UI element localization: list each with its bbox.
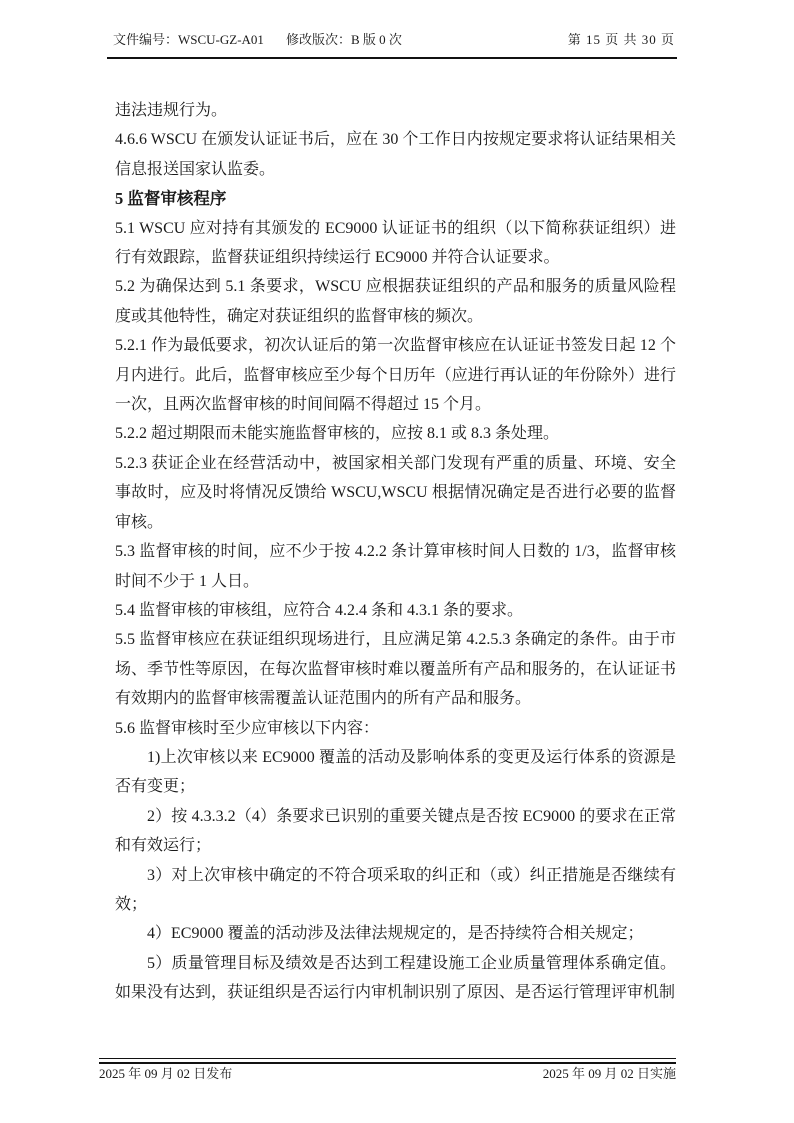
revision-label: 修改版次：B 版 0 次	[286, 31, 402, 48]
page-header: 文件编号：WSCU-GZ-A01 修改版次：B 版 0 次 第 15 页 共 3…	[107, 31, 677, 59]
paragraph: 5.1 WSCU 应对持有其颁发的 EC9000 认证证书的组织（以下简称获证组…	[115, 214, 676, 273]
section-heading: 5 监督审核程序	[115, 184, 676, 213]
paragraph: 5.6 监督审核时至少应审核以下内容：	[115, 714, 676, 743]
list-item: 4）EC9000 覆盖的活动涉及法律法规规定的，是否持续符合相关规定；	[115, 919, 676, 948]
paragraph: 5.4 监督审核的审核组，应符合 4.2.4 条和 4.3.1 条的要求。	[115, 596, 676, 625]
doc-number-label: 文件编号：WSCU-GZ-A01	[107, 31, 264, 48]
list-item: 5）质量管理目标及绩效是否达到工程建设施工企业质量管理体系确定值。如果没有达到，…	[115, 949, 676, 1008]
paragraph: 违法违规行为。	[115, 96, 676, 125]
document-body: 违法违规行为。 4.6.6 WSCU 在颁发认证证书后，应在 30 个工作日内按…	[115, 96, 676, 1008]
page-number-label: 第 15 页 共 30 页	[568, 31, 677, 48]
footer-rule-thick	[99, 1062, 676, 1064]
paragraph: 5.2.2 超过期限而未能实施监督审核的，应按 8.1 或 8.3 条处理。	[115, 419, 676, 448]
page-footer: 2025 年 09 月 02 日发布 2025 年 09 月 02 日实施	[99, 1058, 676, 1082]
paragraph: 5.5 监督审核应在获证组织现场进行，且应满足第 4.2.5.3 条确定的条件。…	[115, 625, 676, 713]
paragraph: 5.2.3 获证企业在经营活动中，被国家相关部门发现有严重的质量、环境、安全事故…	[115, 449, 676, 537]
paragraph: 5.2 为确保达到 5.1 条要求，WSCU 应根据获证组织的产品和服务的质量风…	[115, 272, 676, 331]
paragraph: 5.3 监督审核的时间，应不少于按 4.2.2 条计算审核时间人日数的 1/3，…	[115, 537, 676, 596]
list-item: 3）对上次审核中确定的不符合项采取的纠正和（或）纠正措施是否继续有效；	[115, 861, 676, 920]
implement-date-label: 2025 年 09 月 02 日实施	[543, 1065, 676, 1082]
list-item: 2）按 4.3.3.2（4）条要求已识别的重要关键点是否按 EC9000 的要求…	[115, 802, 676, 861]
footer-rule-thin	[99, 1058, 676, 1059]
list-item: 1)上次审核以来 EC9000 覆盖的活动及影响体系的变更及运行体系的资源是否有…	[115, 743, 676, 802]
release-date-label: 2025 年 09 月 02 日发布	[99, 1065, 232, 1082]
paragraph: 4.6.6 WSCU 在颁发认证证书后，应在 30 个工作日内按规定要求将认证结…	[115, 125, 676, 184]
paragraph: 5.2.1 作为最低要求，初次认证后的第一次监督审核应在认证证书签发日起 12 …	[115, 331, 676, 419]
document-page: 文件编号：WSCU-GZ-A01 修改版次：B 版 0 次 第 15 页 共 3…	[0, 0, 794, 1123]
